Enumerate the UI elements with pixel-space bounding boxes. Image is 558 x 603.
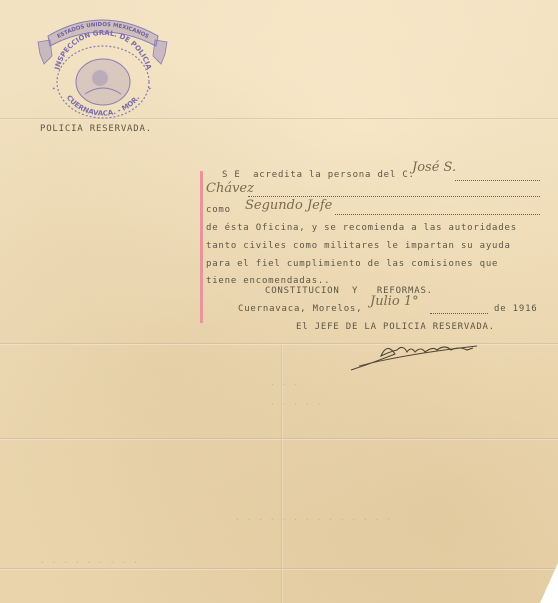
fold-line xyxy=(0,438,558,440)
place: Cuernavaca, Morelos, xyxy=(238,304,362,314)
handwritten-date: Julio 1° xyxy=(370,294,419,309)
dotted-fill xyxy=(335,214,540,215)
body-line-7: tiene encomendadas.. xyxy=(206,276,330,286)
signature-icon xyxy=(345,336,485,376)
document-page: ESTADOS UNIDOS MEXICANOS INSPECCION GRAL… xyxy=(0,0,558,603)
svg-text:✦: ✦ xyxy=(52,85,56,92)
handwritten-last-name: Chávez xyxy=(206,181,254,196)
bleed-through-text: · · · xyxy=(270,380,299,389)
fold-line xyxy=(0,568,558,570)
seal-icon: ESTADOS UNIDOS MEXICANOS INSPECCION GRAL… xyxy=(30,12,175,120)
bleed-through-text: · · · · · xyxy=(270,400,322,409)
red-margin-line xyxy=(200,171,203,323)
handwritten-first-name: José S. xyxy=(412,160,456,175)
bleed-through-text: · · · · · · · · · · · · · · xyxy=(235,515,392,524)
svg-text:✦: ✦ xyxy=(148,85,152,92)
dotted-fill xyxy=(455,180,540,181)
handwritten-cargo: Segundo Jefe xyxy=(245,198,332,213)
police-seal-stamp: ESTADOS UNIDOS MEXICANOS INSPECCION GRAL… xyxy=(30,12,175,120)
signature xyxy=(345,336,485,376)
signer-title: El JEFE DE LA POLICIA RESERVADA. xyxy=(296,322,495,332)
body-line-6: para el fiel cumplimiento de las comisio… xyxy=(206,259,498,269)
year: de 1916 xyxy=(494,304,538,314)
office-header: POLICIA RESERVADA. xyxy=(40,124,152,134)
body-line-5: tanto civiles como militares le impartan… xyxy=(206,241,511,251)
dotted-fill xyxy=(248,196,540,197)
bleed-through-text: · · · · · · · · · xyxy=(40,558,139,567)
torn-corner xyxy=(540,563,558,603)
body-line-1: S E acredita la persona del C. xyxy=(222,170,415,180)
body-line-4: de ésta Oficina, y se recomienda a las a… xyxy=(206,223,517,233)
cargo-prefix: como xyxy=(206,205,231,215)
dotted-fill xyxy=(430,313,488,314)
